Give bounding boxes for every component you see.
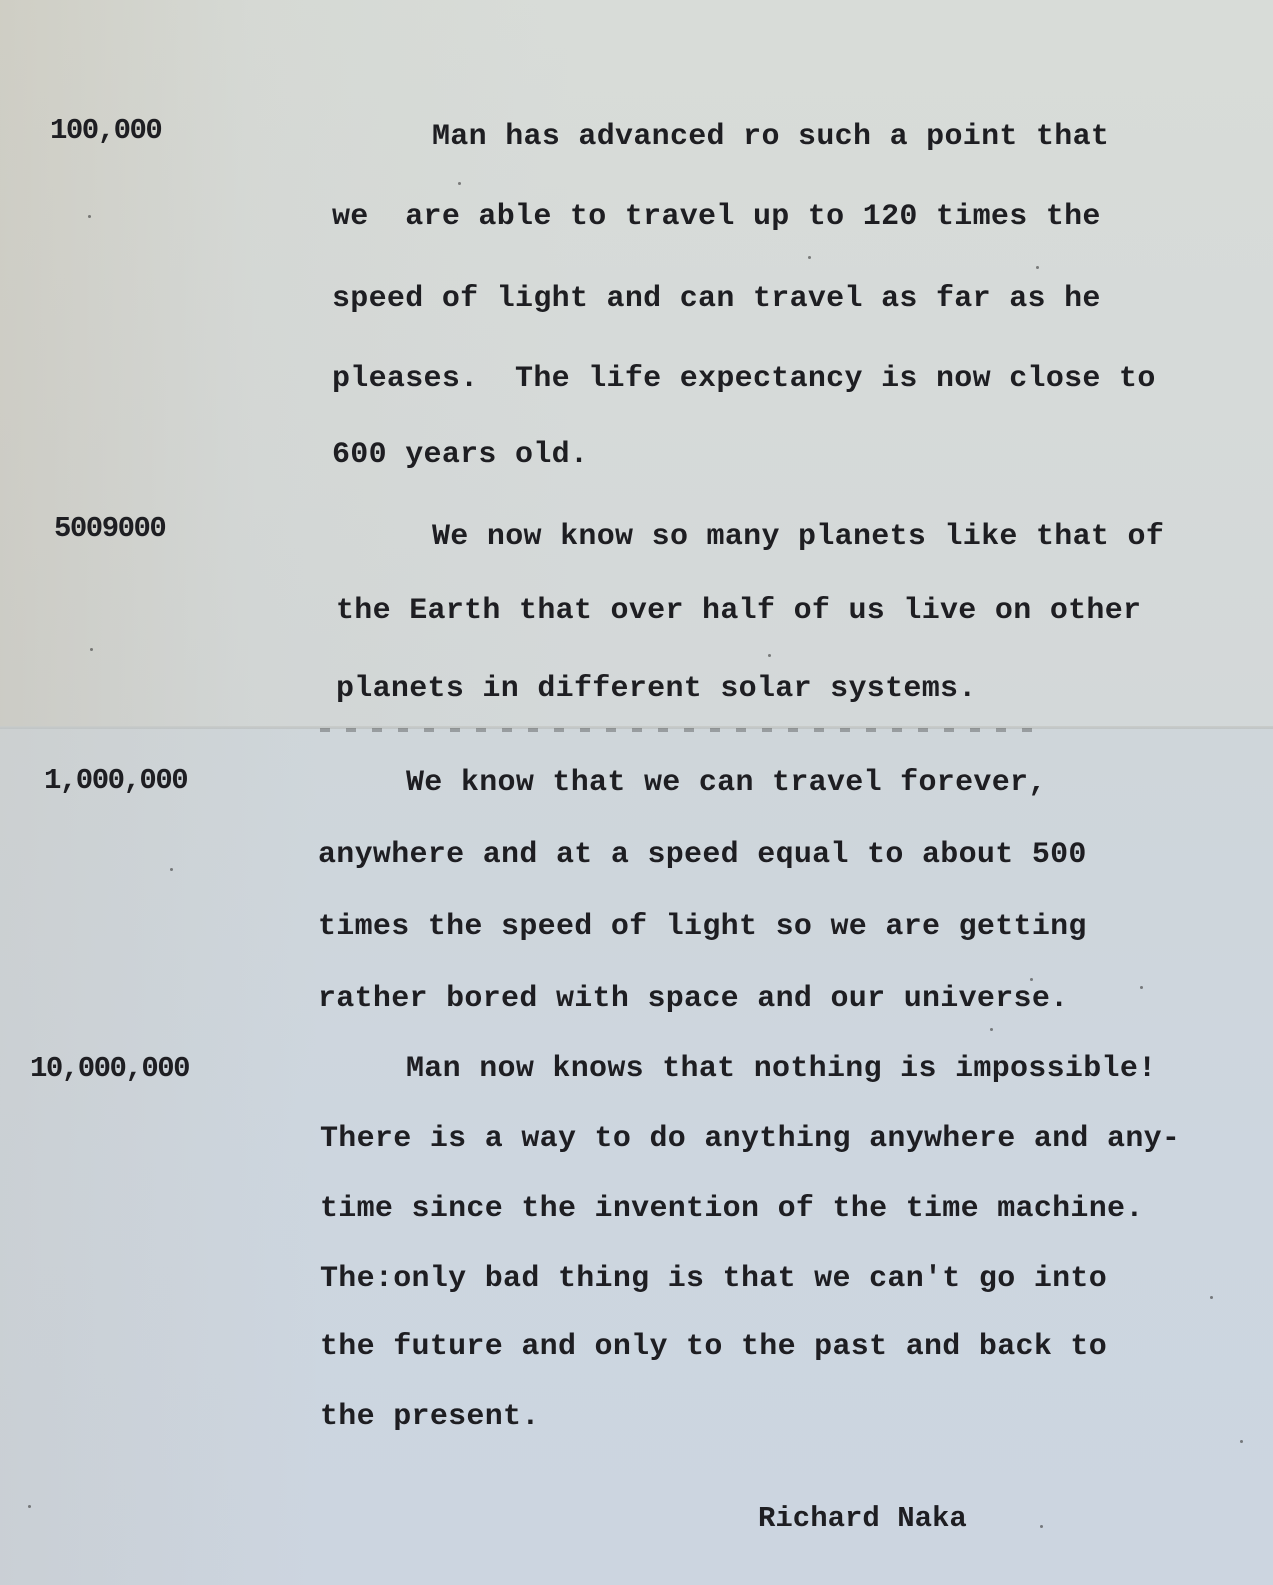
paper-speck [90, 648, 93, 651]
paper-speck [28, 1505, 31, 1508]
text-line: rather bored with space and our universe… [318, 982, 1068, 1016]
text-line: the future and only to the past and back… [320, 1330, 1107, 1364]
text-line: planets in different solar systems. [336, 672, 977, 706]
text-line: speed of light and can travel as far as … [332, 282, 1101, 316]
year-label: 1,000,000 [44, 764, 187, 797]
author-signature: Richard Naka [758, 1502, 967, 1535]
paper-speck [990, 1028, 993, 1031]
paper-speck [1040, 1525, 1043, 1528]
paper-speck [170, 868, 173, 871]
text-line: Man now knows that nothing is impossible… [406, 1052, 1156, 1086]
text-line: we are able to travel up to 120 times th… [332, 200, 1101, 234]
text-line: There is a way to do anything anywhere a… [320, 1122, 1180, 1156]
year-label: 100,000 [50, 114, 161, 147]
paper-speck [1140, 986, 1143, 989]
paper-speck [1210, 1296, 1213, 1299]
paper-speck [808, 256, 811, 259]
paper-speck [1030, 978, 1033, 981]
paper-speck [88, 215, 91, 218]
cut-off-text-line [320, 728, 1040, 732]
paper-speck [768, 654, 771, 657]
text-line: Man has advanced ro such a point that [432, 120, 1109, 154]
text-line: The:only bad thing is that we can't go i… [320, 1262, 1107, 1296]
paper-speck [1240, 1440, 1243, 1443]
text-line: the present. [320, 1400, 540, 1434]
text-line: We now know so many planets like that of [432, 520, 1164, 554]
text-line: pleases. The life expectancy is now clos… [332, 362, 1156, 396]
year-label: 10,000,000 [30, 1052, 189, 1085]
text-line: times the speed of light so we are getti… [318, 910, 1087, 944]
year-label: 5009000 [54, 512, 165, 545]
text-line: the Earth that over half of us live on o… [336, 594, 1141, 628]
text-line: 600 years old. [332, 438, 588, 472]
text-line: anywhere and at a speed equal to about 5… [318, 838, 1087, 872]
text-line: time since the invention of the time mac… [320, 1192, 1144, 1226]
text-line: We know that we can travel forever, [406, 766, 1047, 800]
paper-speck [458, 182, 461, 185]
paper-speck [1036, 266, 1039, 269]
